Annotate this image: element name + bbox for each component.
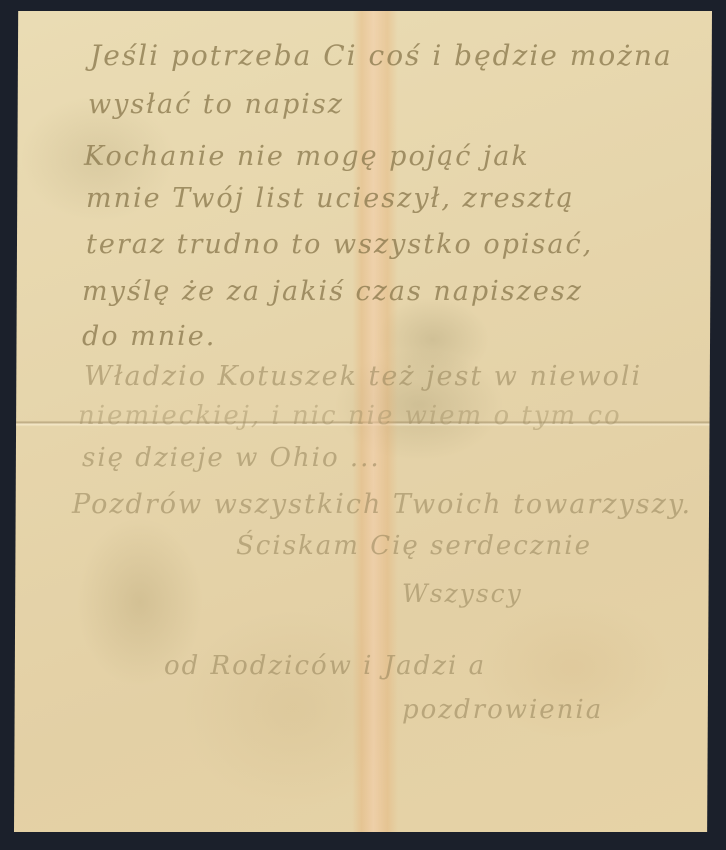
letter-line-11: Pozdrów wszystkich Twoich towarzyszy. [72,489,692,520]
letter-line-1: Jeśli potrzeba Ci coś i będzie można [90,39,673,72]
letter-line-13: Wszyscy [402,579,523,608]
letter-line-12: Ściskam Cię serdecznie [236,531,592,561]
letter-paper: Jeśli potrzeba Ci coś i będzie można wys… [14,11,712,832]
letter-text: Jeśli potrzeba Ci coś i będzie można wys… [14,11,712,832]
letter-line-10: się dzieje w Ohio ... [82,443,381,473]
letter-line-7: do mnie. [82,321,216,352]
letter-line-14: od Rodziców i Jadzi a [164,651,486,681]
letter-line-9: niemieckiej, i nic nie wiem o tym co [78,401,622,431]
letter-line-3: Kochanie nie mogę pojąć jak [84,141,530,172]
letter-line-5: teraz trudno to wszystko opisać, [86,229,593,260]
letter-line-8: Władzio Kotuszek też jest w niewoli [84,361,642,392]
letter-line-6: myślę że za jakiś czas napiszesz [82,276,583,307]
letter-line-4: mnie Twój list ucieszył, zresztą [86,183,575,214]
letter-line-15: pozdrowienia [402,695,603,725]
letter-line-2: wysłać to napisz [88,89,344,120]
